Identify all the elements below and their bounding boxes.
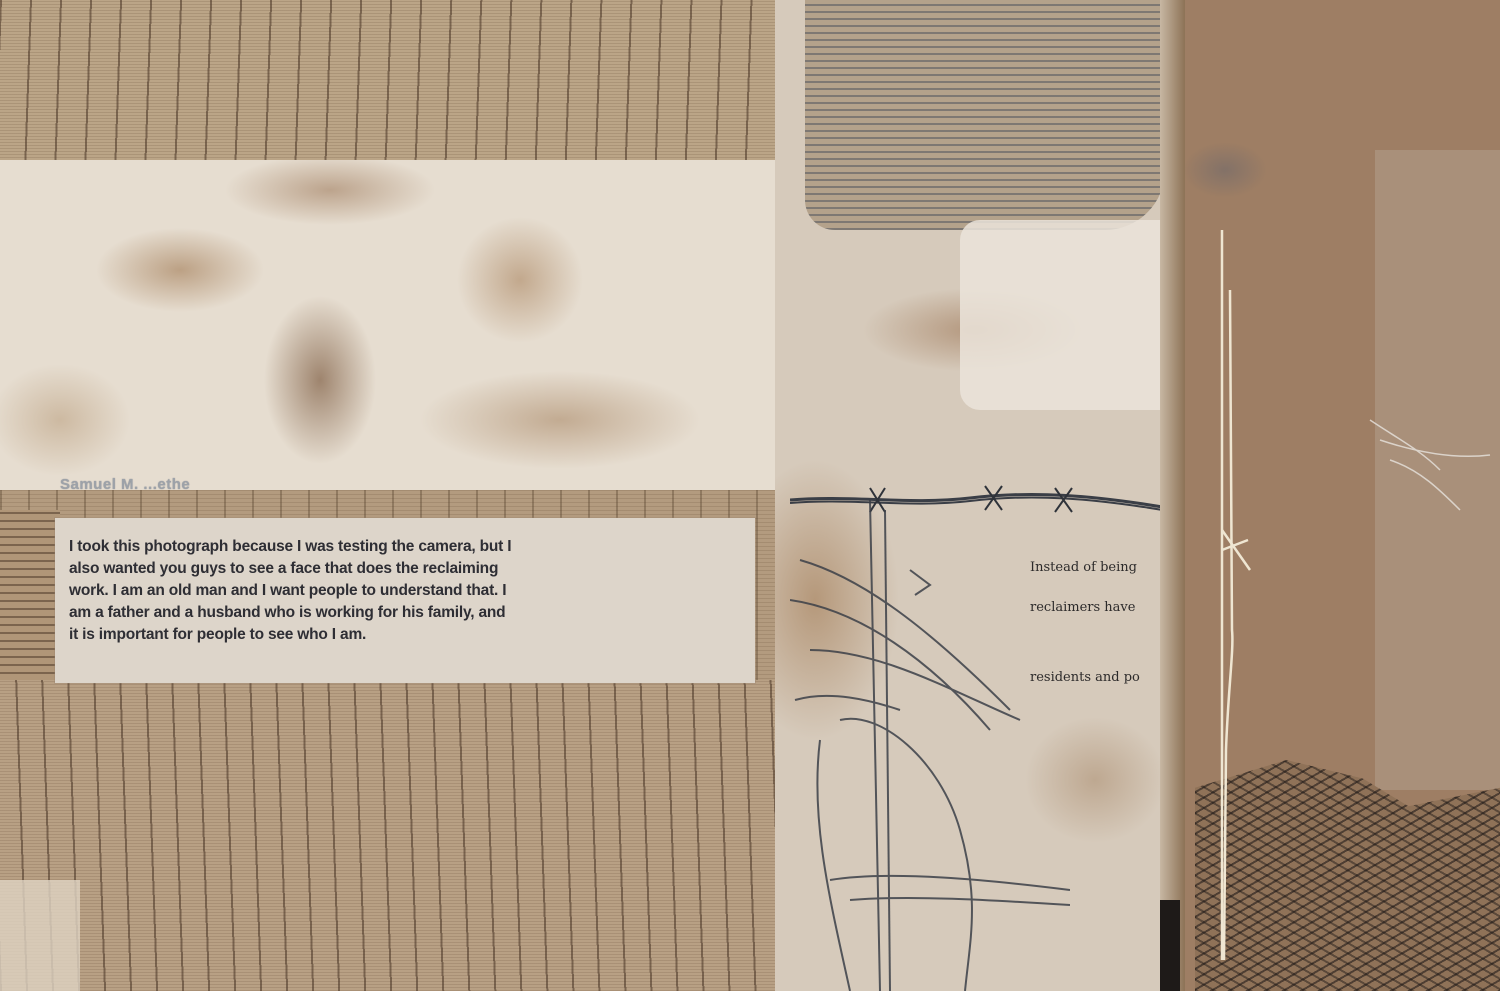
quote-text-strip: I took this photograph because I was tes… <box>55 518 755 683</box>
handmade-paper-patch <box>960 220 1190 410</box>
spine-shadow <box>1160 900 1180 991</box>
quote-text: I took this photograph because I was tes… <box>69 536 709 646</box>
paper-patch <box>0 880 80 991</box>
subject-name-label: Samuel M. ...ethe <box>60 476 190 493</box>
handmade-paper-band <box>0 160 790 490</box>
center-text-line: reclaimers have <box>1030 600 1180 615</box>
quote-line: I took this photograph because I was tes… <box>69 536 709 558</box>
knit-texture-bottom <box>0 680 780 991</box>
printed-text-texture-block <box>805 0 1165 230</box>
center-text-line: residents and po <box>1030 670 1180 685</box>
binding-thread <box>1210 230 1260 960</box>
quote-line: work. I am an old man and I want people … <box>69 580 709 602</box>
white-scratch-marks <box>1360 400 1500 520</box>
quote-line: am a father and a husband who is working… <box>69 602 709 624</box>
quote-line: also wanted you guys to see a face that … <box>69 558 709 580</box>
plant-sketch-drawing <box>790 500 1070 991</box>
center-text-line: Instead of being <box>1030 560 1180 575</box>
knit-texture-top <box>0 0 780 170</box>
quote-line: it is important for people to see who I … <box>69 624 709 646</box>
